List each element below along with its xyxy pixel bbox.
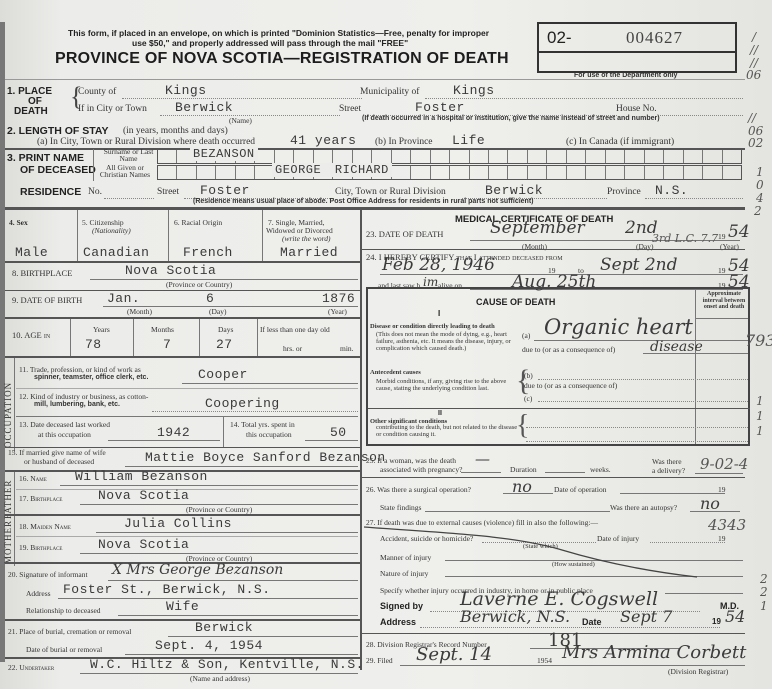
total-years-value: 50 [330, 425, 347, 440]
cause-of-death-box: Approximate interval between onset and d… [366, 287, 750, 446]
stay-city-value: 41 years [290, 133, 356, 148]
county-value: Kings [165, 83, 207, 98]
citizenship-value: Canadian [83, 245, 149, 260]
pregnancy-value: — [475, 450, 490, 468]
attended-to-date: Sept 2nd [600, 255, 677, 275]
cause-of-death-heading: CAUSE OF DEATH [476, 297, 555, 307]
certificate-date: Sept 7 [620, 607, 672, 626]
given-names-value: GEORGE RICHARD [272, 163, 392, 177]
certificate-year: 54 [725, 607, 745, 626]
dob-month-value: Jan. [107, 291, 140, 306]
residence-city-value: Berwick [485, 183, 543, 198]
burial-date-value: Sept. 4, 1954 [155, 638, 263, 653]
cause-due-to-value: disease [650, 339, 703, 355]
last-worked-value: 1942 [157, 425, 190, 440]
burial-place-value: Berwick [195, 620, 253, 635]
undertaker-value: W.C. Hiltz & Son, Kentville, N.S. [90, 657, 364, 672]
age-years-value: 78 [85, 337, 102, 352]
residence-street-value: Foster [200, 183, 250, 198]
residence-label: RESIDENCE [20, 186, 81, 198]
document-title: PROVINCE OF NOVA SCOTIA—REGISTRATION OF … [55, 50, 509, 68]
trade-value: Cooper [198, 367, 248, 382]
registrar-signature: Mrs Armina Corbett [562, 642, 746, 663]
industry-value: Coopering [205, 396, 280, 411]
residence-province-value: N.S. [655, 183, 688, 198]
stay-province-value: Life [452, 133, 485, 148]
informant-address-value: Foster St., Berwick, N.S. [63, 582, 271, 597]
father-name-value: William Bezanson [75, 469, 208, 484]
dob-year-value: 1876 [322, 291, 355, 306]
length-of-stay-label: 2. LENGTH OF STAY [7, 125, 109, 137]
department-number: 004627 [626, 28, 683, 48]
surgery-value: no [512, 477, 532, 496]
date-of-death-year: 54 [728, 222, 750, 242]
marital-status-value: Married [280, 245, 338, 260]
surname-value: BEZANSON [190, 147, 258, 161]
margin-note: / [752, 30, 756, 44]
strike-through-line [362, 515, 702, 580]
father-side-label: FATHER [3, 475, 13, 519]
dob-day-value: 6 [206, 291, 214, 306]
autopsy-value: no [700, 494, 720, 513]
department-prefix: 02- [547, 28, 572, 48]
interval-header: Approximate interval between onset and d… [698, 291, 750, 311]
page-edge [0, 22, 5, 662]
spouse-name-value: Mattie Boyce Sanford Bezanson [145, 450, 386, 465]
postal-notice-line1: This form, if placed in an envelope, on … [68, 28, 489, 38]
filed-date: Sept. 14 [416, 644, 492, 665]
department-caption: For use of the Department only [574, 72, 677, 79]
sex-value: Male [15, 245, 48, 260]
occupation-side-label: OCCUPATION [3, 362, 13, 448]
cause-a-value: Organic heart [544, 315, 693, 339]
physician-address: Berwick, N.S. [460, 607, 570, 626]
street-value: Foster [415, 100, 465, 115]
mother-name-value: Julia Collins [124, 516, 232, 531]
mother-birthplace-value: Nova Scotia [98, 537, 189, 552]
informant-signature: X Mrs George Bezanson [112, 562, 283, 578]
department-number-box: 02- 004627 [537, 22, 737, 73]
father-birthplace-value: Nova Scotia [98, 488, 189, 503]
age-months-value: 7 [163, 337, 171, 352]
city-value: Berwick [175, 100, 233, 115]
municipality-value: Kings [453, 83, 495, 98]
death-registration-document: This form, if placed in an envelope, on … [0, 0, 772, 689]
attended-from-date: Feb 28, 1946 [382, 255, 495, 275]
birthplace-value: Nova Scotia [125, 263, 216, 278]
racial-origin-value: French [183, 245, 233, 260]
print-name-label: 3. PRINT NAME [7, 152, 84, 164]
mother-side-label: MOTHER [3, 520, 13, 564]
relationship-value: Wife [166, 599, 199, 614]
postal-notice-line2: use $50," and properly addressed will pa… [132, 38, 408, 48]
given-names-cells [157, 165, 742, 180]
age-days-value: 27 [216, 337, 233, 352]
date-of-death-month: September [490, 218, 585, 238]
